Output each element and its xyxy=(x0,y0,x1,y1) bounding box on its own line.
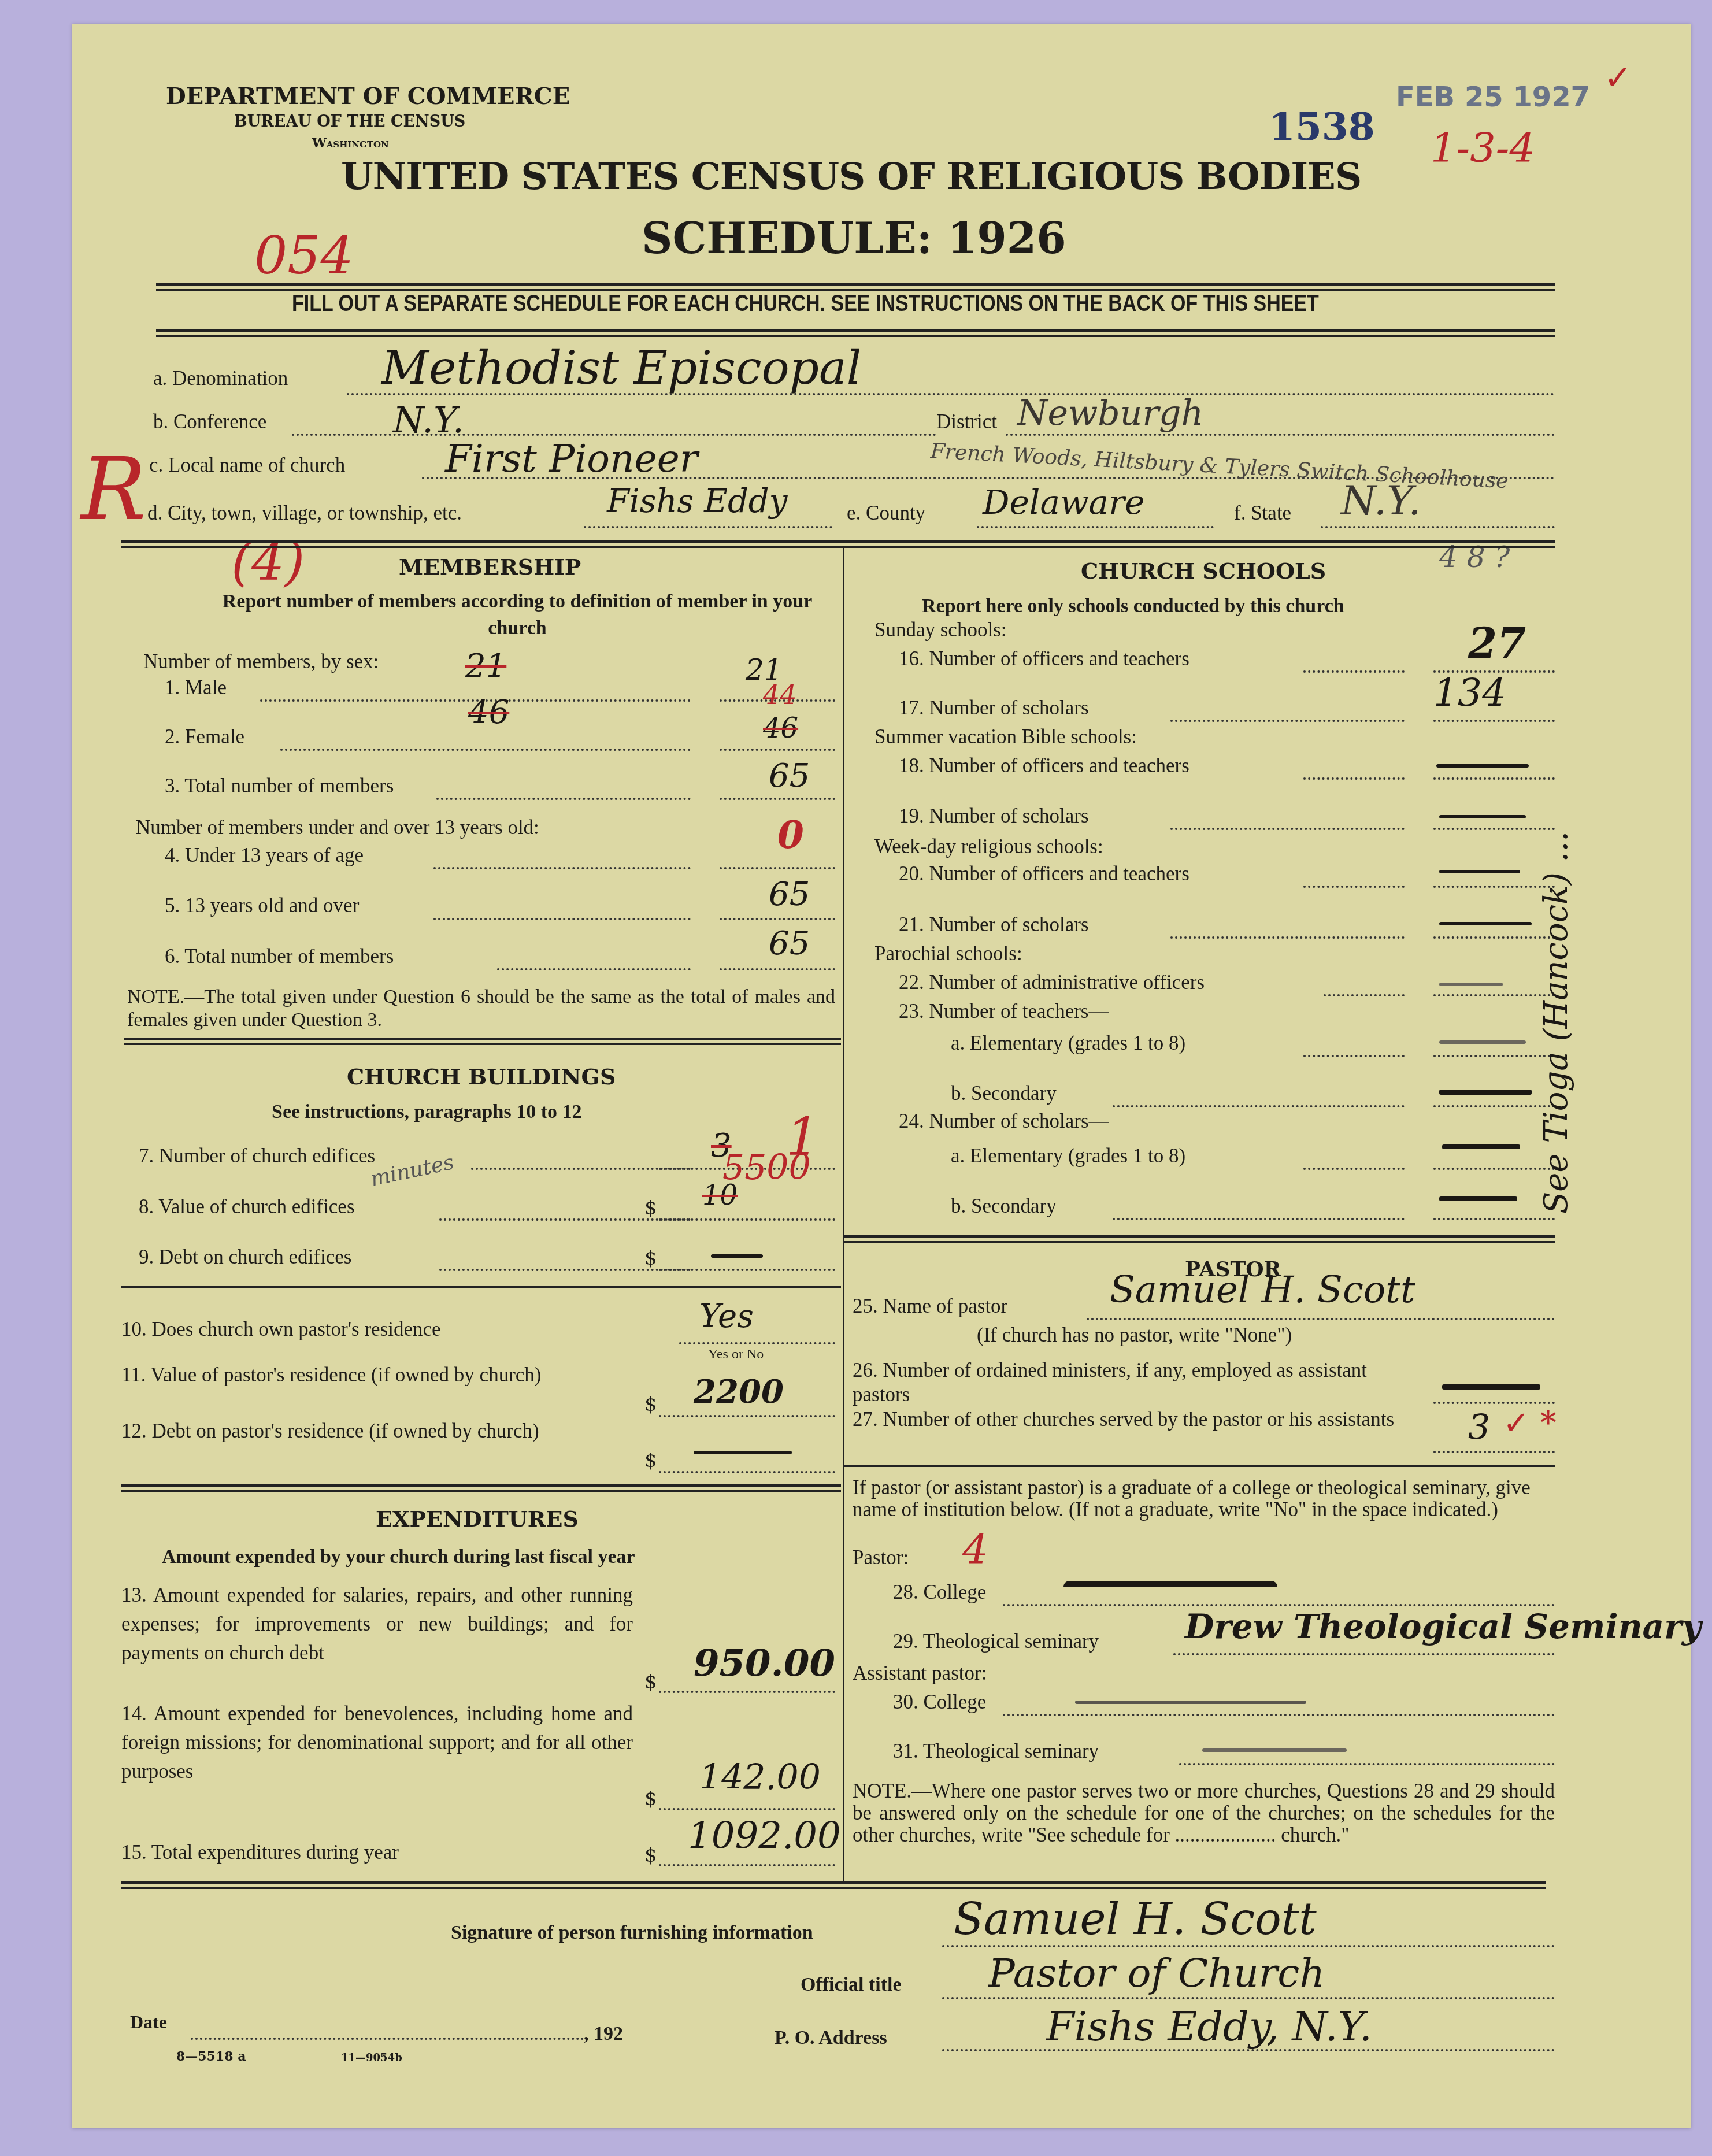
residence-value-line xyxy=(659,1415,835,1417)
dollar-sign: $ xyxy=(644,1247,657,1270)
other-churches-field[interactable]: 3 xyxy=(1468,1407,1490,1448)
denomination-label: a. Denomination xyxy=(153,367,288,390)
state-field[interactable]: N.Y. xyxy=(1341,477,1421,524)
school-row-18-line xyxy=(1303,777,1405,780)
running-expenses-line xyxy=(659,1691,835,1693)
assistant-ministers-line xyxy=(1433,1402,1555,1404)
college-field[interactable] xyxy=(1063,1581,1277,1587)
weekday-schools-label: Week-day religious schools: xyxy=(874,835,1103,858)
total-members-6-label: 6. Total number of members xyxy=(165,945,394,968)
school-row-16-label: 16. Number of officers and teachers xyxy=(899,647,1189,670)
instruction-banner: FILL OUT A SEPARATE SCHEDULE FOR EACH CH… xyxy=(292,291,1319,317)
po-address-field[interactable]: Fishs Eddy, N.Y. xyxy=(1046,2003,1372,2050)
city-field[interactable]: Fishs Eddy xyxy=(607,483,787,520)
pastor-name-field[interactable]: Samuel H. Scott xyxy=(1110,1269,1415,1312)
county-line xyxy=(977,526,1214,528)
schools-subtitle: Report here only schools conducted by th… xyxy=(922,595,1344,617)
running-expenses-field[interactable]: 950.00 xyxy=(694,1642,835,1685)
seminary-label: 29. Theological seminary xyxy=(893,1630,1099,1653)
members-by-age-label: Number of members under and over 13 year… xyxy=(136,816,539,839)
school-row-20-value-line xyxy=(1433,886,1555,888)
header-rule-top xyxy=(156,283,1555,286)
school-row-24a-label: a. Elementary (grades 1 to 8) xyxy=(951,1144,1185,1168)
dollar-sign: $ xyxy=(644,1393,657,1416)
school-row-24-label: 24. Number of scholars— xyxy=(899,1110,1109,1133)
school-row-21-label: 21. Number of scholars xyxy=(899,913,1089,936)
local-name-field[interactable]: First Pioneer xyxy=(445,436,698,481)
state-line xyxy=(1321,526,1555,528)
conference-label: b. Conference xyxy=(153,410,266,434)
school-row-23a-line xyxy=(1303,1055,1405,1057)
school-row-21-field[interactable] xyxy=(1439,922,1532,925)
expenditures-heading: EXPENDITURES xyxy=(376,1506,579,1532)
total-expenditures-line xyxy=(659,1864,835,1866)
college-line xyxy=(1003,1604,1555,1606)
school-row-17-line xyxy=(1170,720,1405,722)
margin-note-numbers: 4 8 ? xyxy=(1439,540,1510,574)
members-by-sex-label: Number of members, by sex: xyxy=(143,650,379,673)
dollar-sign: $ xyxy=(644,1787,657,1810)
owns-residence-label: 10. Does church own pastor's residence xyxy=(121,1318,441,1341)
expenditures-subtitle: Amount expended by your church during la… xyxy=(162,1546,635,1568)
state-label: f. State xyxy=(1234,502,1291,525)
red-code: 1-3-4 xyxy=(1431,124,1535,172)
city-heading: Washington xyxy=(312,136,389,151)
schools-heading: CHURCH SCHOOLS xyxy=(1081,558,1326,584)
membership-rule xyxy=(124,1038,841,1040)
city-label: d. City, town, village, or township, etc… xyxy=(147,502,462,525)
total-members-line xyxy=(436,798,691,800)
school-row-22-value-line xyxy=(1433,994,1555,996)
district-line xyxy=(1006,434,1555,436)
assistant-seminary-field[interactable] xyxy=(1202,1748,1347,1752)
female-line xyxy=(280,749,691,751)
schedule-title: SCHEDULE: 1926 xyxy=(642,214,1066,264)
female-original: 46 xyxy=(468,694,509,731)
under-13-value-line xyxy=(720,867,835,869)
total-members-6-value-line xyxy=(720,968,835,970)
pastor-note: NOTE.—Where one pastor serves two or mor… xyxy=(853,1780,1555,1846)
dept-heading: DEPARTMENT OF COMMERCE xyxy=(166,83,570,110)
benevolences-field[interactable]: 142.00 xyxy=(699,1757,821,1798)
signature-label: Signature of person furnishing informati… xyxy=(451,1922,813,1944)
school-row-16-field[interactable]: 27 xyxy=(1468,618,1526,668)
dollar-sign: $ xyxy=(644,1844,657,1867)
school-row-20-field[interactable] xyxy=(1439,870,1520,873)
margin-r-mark: R xyxy=(81,439,146,540)
assistant-ministers-field[interactable] xyxy=(1442,1384,1540,1390)
pastor-rule xyxy=(844,1465,1555,1467)
print-number: 11—9054b xyxy=(341,2052,402,2064)
total-expenditures-label: 15. Total expenditures during year xyxy=(121,1841,399,1864)
check-mark: ✓ xyxy=(1604,58,1632,97)
school-row-19-field[interactable] xyxy=(1439,815,1526,818)
dollar-sign: $ xyxy=(644,1196,657,1220)
pastor-name-label: 25. Name of pastor xyxy=(853,1295,1007,1318)
school-row-23b-value-line xyxy=(1433,1105,1555,1107)
received-date-stamp: FEB 25 1927 xyxy=(1396,81,1590,113)
assistant-college-label: 30. College xyxy=(893,1691,986,1714)
edifices-debt-field[interactable] xyxy=(711,1254,763,1258)
total-expenditures-field[interactable]: 1092.00 xyxy=(688,1815,841,1858)
school-row-24b-field[interactable] xyxy=(1439,1196,1517,1201)
form-number: 8—5518 a xyxy=(176,2049,246,2064)
over-13-field[interactable]: 65 xyxy=(769,876,810,913)
membership-heading: MEMBERSHIP xyxy=(399,554,581,580)
district-label: District xyxy=(936,410,997,434)
benevolences-line xyxy=(659,1808,835,1810)
school-row-21-line xyxy=(1170,936,1405,939)
over-13-label: 5. 13 years old and over xyxy=(165,894,359,917)
under-13-line xyxy=(433,867,691,869)
school-row-19-value-line xyxy=(1433,828,1555,830)
seminary-line xyxy=(1173,1653,1555,1655)
signature-line xyxy=(942,1945,1555,1947)
graduate-instructions: If pastor (or assistant pastor) is a gra… xyxy=(853,1477,1555,1521)
school-row-24a-field[interactable] xyxy=(1442,1144,1520,1149)
school-row-23-label: 23. Number of teachers— xyxy=(899,1000,1109,1023)
margin-vertical-note: See Tioga (Hancock) ... xyxy=(1537,831,1575,1214)
conference-line xyxy=(292,434,936,436)
total-members-6-line xyxy=(497,968,691,970)
school-row-23b-field[interactable] xyxy=(1439,1090,1532,1095)
edifices-value-label: 8. Value of church edifices xyxy=(139,1195,355,1218)
school-row-23b-line xyxy=(1113,1105,1405,1107)
seminary-field[interactable]: Drew Theological Seminary xyxy=(1185,1607,1701,1646)
assistant-ministers-label: 26. Number of ordained ministers, if any… xyxy=(853,1358,1407,1407)
school-row-17-value-line xyxy=(1433,720,1555,722)
female-value-line xyxy=(720,749,835,751)
county-label: e. County xyxy=(847,502,925,525)
school-row-20-label: 20. Number of officers and teachers xyxy=(899,862,1189,886)
edifices-value-field[interactable]: 5500 xyxy=(722,1147,811,1188)
denomination-field[interactable]: Methodist Episcopal xyxy=(381,341,861,395)
total-members-6-field[interactable]: 65 xyxy=(769,925,810,962)
date-label: Date xyxy=(130,2011,167,2033)
school-row-18-field[interactable] xyxy=(1436,764,1529,768)
other-churches-mark: ✓ * xyxy=(1503,1405,1557,1442)
residence-value-field[interactable]: 2200 xyxy=(694,1373,784,1411)
school-row-24b-label: b. Secondary xyxy=(951,1195,1057,1218)
identity-rule xyxy=(121,540,1555,543)
school-row-23b-label: b. Secondary xyxy=(951,1082,1057,1105)
assistant-seminary-label: 31. Theological seminary xyxy=(893,1740,1099,1763)
school-row-17-label: 17. Number of scholars xyxy=(899,697,1089,720)
district-field[interactable]: Newburgh xyxy=(1017,393,1203,434)
pastor-sub-label: Pastor: xyxy=(853,1546,909,1569)
total-members-label: 3. Total number of members xyxy=(165,775,394,798)
school-row-22-line xyxy=(1324,994,1405,996)
female-label: 2. Female xyxy=(165,725,244,749)
total-members-field[interactable]: 65 xyxy=(769,757,810,795)
benevolences-label: 14. Amount expended for benevolences, in… xyxy=(121,1699,633,1786)
edifices-count-line xyxy=(471,1168,691,1170)
header-rule-bottom xyxy=(156,329,1555,332)
school-row-24b-line xyxy=(1113,1218,1405,1220)
buildings-rule xyxy=(121,1286,841,1288)
county-field[interactable]: Delaware xyxy=(983,483,1144,522)
buildings-bottom-rule xyxy=(121,1484,841,1487)
column-divider xyxy=(843,546,844,1881)
school-row-24b-value-line xyxy=(1433,1218,1555,1220)
owns-residence-value-line xyxy=(679,1342,835,1344)
other-churches-label: 27. Number of other churches served by t… xyxy=(853,1407,1407,1432)
residence-debt-label: 12. Debt on pastor's residence (if owned… xyxy=(121,1417,630,1445)
main-bottom-rule xyxy=(121,1881,1546,1884)
school-row-18-label: 18. Number of officers and teachers xyxy=(899,754,1189,777)
red-number: 054 xyxy=(254,225,354,286)
school-row-24a-line xyxy=(1303,1168,1405,1170)
school-row-22-field[interactable] xyxy=(1439,983,1503,986)
under-13-label: 4. Under 13 years of age xyxy=(165,844,364,867)
po-address-label: P. O. Address xyxy=(775,2027,887,2049)
city-line xyxy=(584,526,832,528)
assistant-college-line xyxy=(1003,1714,1555,1716)
total-members-value-line xyxy=(720,798,835,800)
school-row-23a-field[interactable] xyxy=(1439,1040,1526,1044)
pastor-name-hint: (If church has no pastor, write "None") xyxy=(977,1324,1292,1347)
buildings-heading: CHURCH BUILDINGS xyxy=(347,1064,616,1090)
yes-no-hint: Yes or No xyxy=(708,1347,764,1362)
school-row-18-value-line xyxy=(1433,777,1555,780)
edifices-debt-label: 9. Debt on church edifices xyxy=(139,1246,351,1269)
schools-bottom-rule xyxy=(844,1235,1555,1238)
residence-value-label: 11. Value of pastor's residence (if owne… xyxy=(121,1361,630,1389)
male-label: 1. Male xyxy=(165,676,227,699)
pastor-name-line xyxy=(1087,1318,1555,1320)
official-title-label: Official title xyxy=(801,1974,902,1996)
school-row-23a-value-line xyxy=(1433,1055,1555,1057)
summer-schools-label: Summer vacation Bible schools: xyxy=(874,725,1137,749)
college-label: 28. College xyxy=(893,1581,986,1604)
membership-subtitle: Report number of members according to de… xyxy=(199,588,835,642)
sunday-schools-label: Sunday schools: xyxy=(874,618,1006,642)
under-13-field[interactable]: 0 xyxy=(777,812,804,857)
school-row-16-line xyxy=(1303,670,1405,673)
form-title: UNITED STATES CENSUS OF RELIGIOUS BODIES xyxy=(341,155,1361,198)
assistant-pastor-label: Assistant pastor: xyxy=(853,1662,987,1685)
school-row-17-field[interactable]: 134 xyxy=(1433,670,1506,715)
official-title-line xyxy=(942,1997,1555,1999)
date-suffix: , 192 xyxy=(584,2023,623,2045)
female-struck: 46 xyxy=(763,712,798,744)
assistant-seminary-line xyxy=(1179,1763,1555,1765)
local-name-label: c. Local name of church xyxy=(149,454,345,477)
bureau-heading: BUREAU OF THE CENSUS xyxy=(234,113,465,131)
membership-note: NOTE.—The total given under Question 6 s… xyxy=(127,986,835,1032)
over-13-value-line xyxy=(720,918,835,920)
dollar-sign: $ xyxy=(644,1449,657,1472)
residence-debt-line xyxy=(659,1471,835,1473)
school-row-23a-label: a. Elementary (grades 1 to 8) xyxy=(951,1032,1185,1055)
school-row-22-label: 22. Number of administrative officers xyxy=(899,971,1205,994)
pastor-red-mark: 4 xyxy=(962,1526,988,1573)
date-line xyxy=(191,2038,584,2040)
school-row-20-line xyxy=(1303,886,1405,888)
school-row-24a-value-line xyxy=(1433,1168,1555,1170)
assistant-college-field[interactable] xyxy=(1075,1701,1306,1704)
female-corrected[interactable]: 44 xyxy=(763,679,797,710)
other-churches-line xyxy=(1433,1451,1555,1453)
edifices-value-value-line xyxy=(659,1218,835,1221)
running-expenses-label: 13. Amount expended for salaries, repair… xyxy=(121,1581,633,1668)
residence-debt-field[interactable] xyxy=(694,1451,792,1454)
owns-residence-field[interactable]: Yes xyxy=(699,1298,754,1335)
school-row-21-value-line xyxy=(1433,936,1555,939)
official-title-field[interactable]: Pastor of Church xyxy=(988,1951,1325,1996)
buildings-subtitle: See instructions, paragraphs 10 to 12 xyxy=(272,1101,581,1123)
edifices-count-label: 7. Number of church edifices xyxy=(139,1144,375,1168)
school-row-19-label: 19. Number of scholars xyxy=(899,805,1089,828)
conference-field[interactable]: N.Y. xyxy=(393,399,464,441)
school-row-19-line xyxy=(1170,828,1405,830)
over-13-line xyxy=(433,918,691,920)
signature-field[interactable]: Samuel H. Scott xyxy=(954,1893,1317,1944)
male-original: 21 xyxy=(465,647,506,685)
stamp-number: 1538 xyxy=(1269,104,1375,149)
dollar-sign: $ xyxy=(644,1670,657,1694)
edifices-debt-value-line xyxy=(659,1269,835,1271)
parochial-schools-label: Parochial schools: xyxy=(874,942,1022,965)
